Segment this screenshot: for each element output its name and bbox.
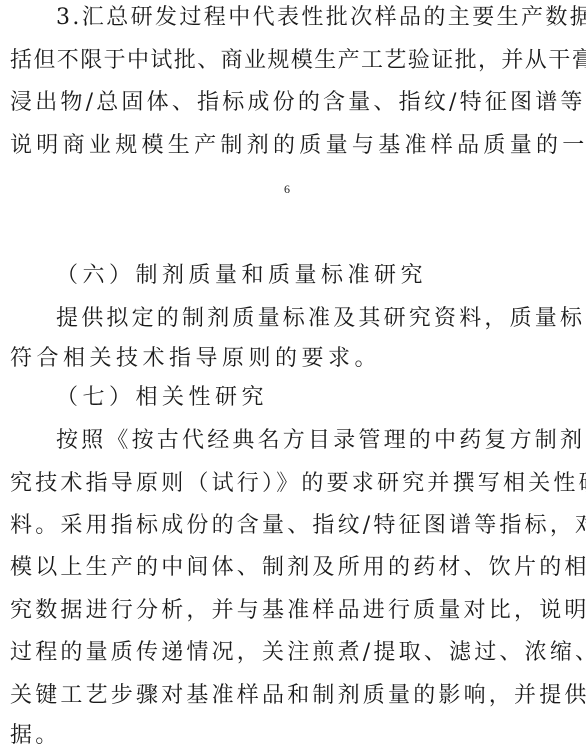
- text-line: 过程的量质传递情况，关注煎煮/提取、滤过、浓缩、干燥等: [10, 638, 576, 668]
- section-heading-6: （六）制剂质量和质量标准研究: [56, 261, 576, 291]
- text-line: 据。: [10, 721, 576, 747]
- text-line: 究数据进行分析，并与基准样品进行质量对比，说明生产全: [10, 596, 576, 626]
- text-line: 关键工艺步骤对基准样品和制剂质量的影响，并提供研究数: [10, 681, 576, 711]
- text-line: 模以上生产的中间体、制剂及所用的药材、饮片的相关性研: [10, 553, 576, 583]
- text-line: 提供拟定的制剂质量标准及其研究资料，质量标准应当: [56, 304, 576, 334]
- section-heading-7: （七）相关性研究: [56, 383, 576, 413]
- text-line: 3.汇总研发过程中代表性批次样品的主要生产数据，包: [56, 3, 576, 33]
- text-line: 括但不限于中试批、商业规模生产工艺验证批，并从干膏率、: [10, 46, 576, 76]
- text-line: 究技术指导原则（试行）》的要求研究并撰写相关性研究资: [10, 469, 576, 499]
- text-line: 浸出物/总固体、指标成份的含量、指纹/特征图谱等方面，: [10, 88, 576, 118]
- page-number: 6: [284, 181, 290, 197]
- text-line: 说明商业规模生产制剂的质量与基准样品质量的一致性。: [10, 131, 576, 161]
- text-line: 料。采用指标成份的含量、指纹/特征图谱等指标，对中试规: [10, 511, 576, 541]
- text-line: 按照《按古代经典名方目录管理的中药复方制剂药学研: [56, 426, 576, 456]
- text-line: 符合相关技术指导原则的要求。: [10, 344, 576, 374]
